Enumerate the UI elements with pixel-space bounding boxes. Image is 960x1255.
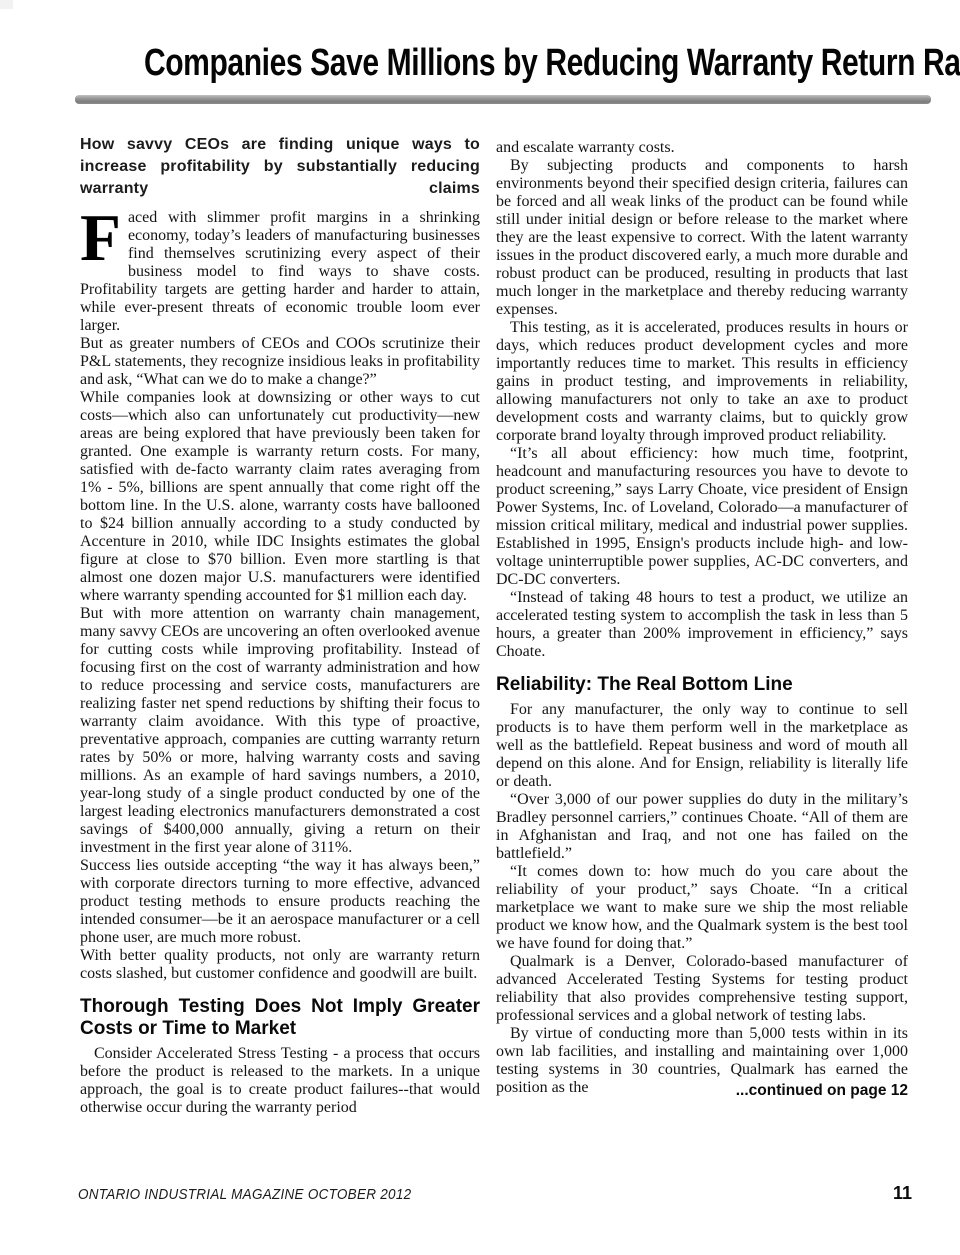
scan-corner-mark [0,0,13,9]
article-paragraph: Qualmark is a Denver, Colorado-based man… [496,953,908,1025]
article-paragraph: By subjecting products and components to… [496,157,908,319]
right-column: and escalate warranty costs. By subjecti… [496,134,908,1117]
article-body: How savvy CEOs are finding unique ways t… [0,134,960,1117]
article-paragraph: But with more attention on warranty chai… [80,605,480,857]
article-paragraph: Success lies outside accepting “the way … [80,857,480,947]
article-title-text: Companies Save Millions by Reducing Warr… [144,42,960,85]
magazine-page: Companies Save Millions by Reducing Warr… [0,0,960,1255]
section-heading-thorough-testing: Thorough Testing Does Not Imply Greater … [80,996,480,1040]
article-paragraph: “Instead of taking 48 hours to test a pr… [496,589,908,661]
article-paragraph: and escalate warranty costs. [496,139,908,157]
article-paragraph: With better quality products, not only a… [80,947,480,983]
title-rule [75,95,931,104]
footer-page-number: 11 [893,1183,912,1204]
article-paragraph: “Over 3,000 of our power supplies do dut… [496,791,908,863]
drop-cap: F [80,212,121,264]
article-paragraph: This testing, as it is accelerated, prod… [496,319,908,445]
article-paragraph: Consider Accelerated Stress Testing - a … [80,1045,480,1117]
article-title: Companies Save Millions by Reducing Warr… [0,0,960,85]
article-paragraph: While companies look at downsizing or ot… [80,389,480,605]
left-column: How savvy CEOs are finding unique ways t… [80,134,480,1117]
section-heading-reliability: Reliability: The Real Bottom Line [496,674,908,696]
article-subtitle: How savvy CEOs are finding unique ways t… [80,134,480,200]
article-paragraph: Faced with slimmer profit margins in a s… [80,209,480,335]
article-paragraph: For any manufacturer, the only way to co… [496,701,908,791]
article-paragraph: “It’s all about efficiency: how much tim… [496,445,908,589]
article-paragraph: “It comes down to: how much do you care … [496,863,908,953]
article-paragraph: But as greater numbers of CEOs and COOs … [80,335,480,389]
footer-magazine-issue: ONTARIO INDUSTRIAL MAGAZINE OCTOBER 2012 [78,1186,411,1203]
paragraph-text: aced with slimmer profit margins in a sh… [80,209,480,334]
